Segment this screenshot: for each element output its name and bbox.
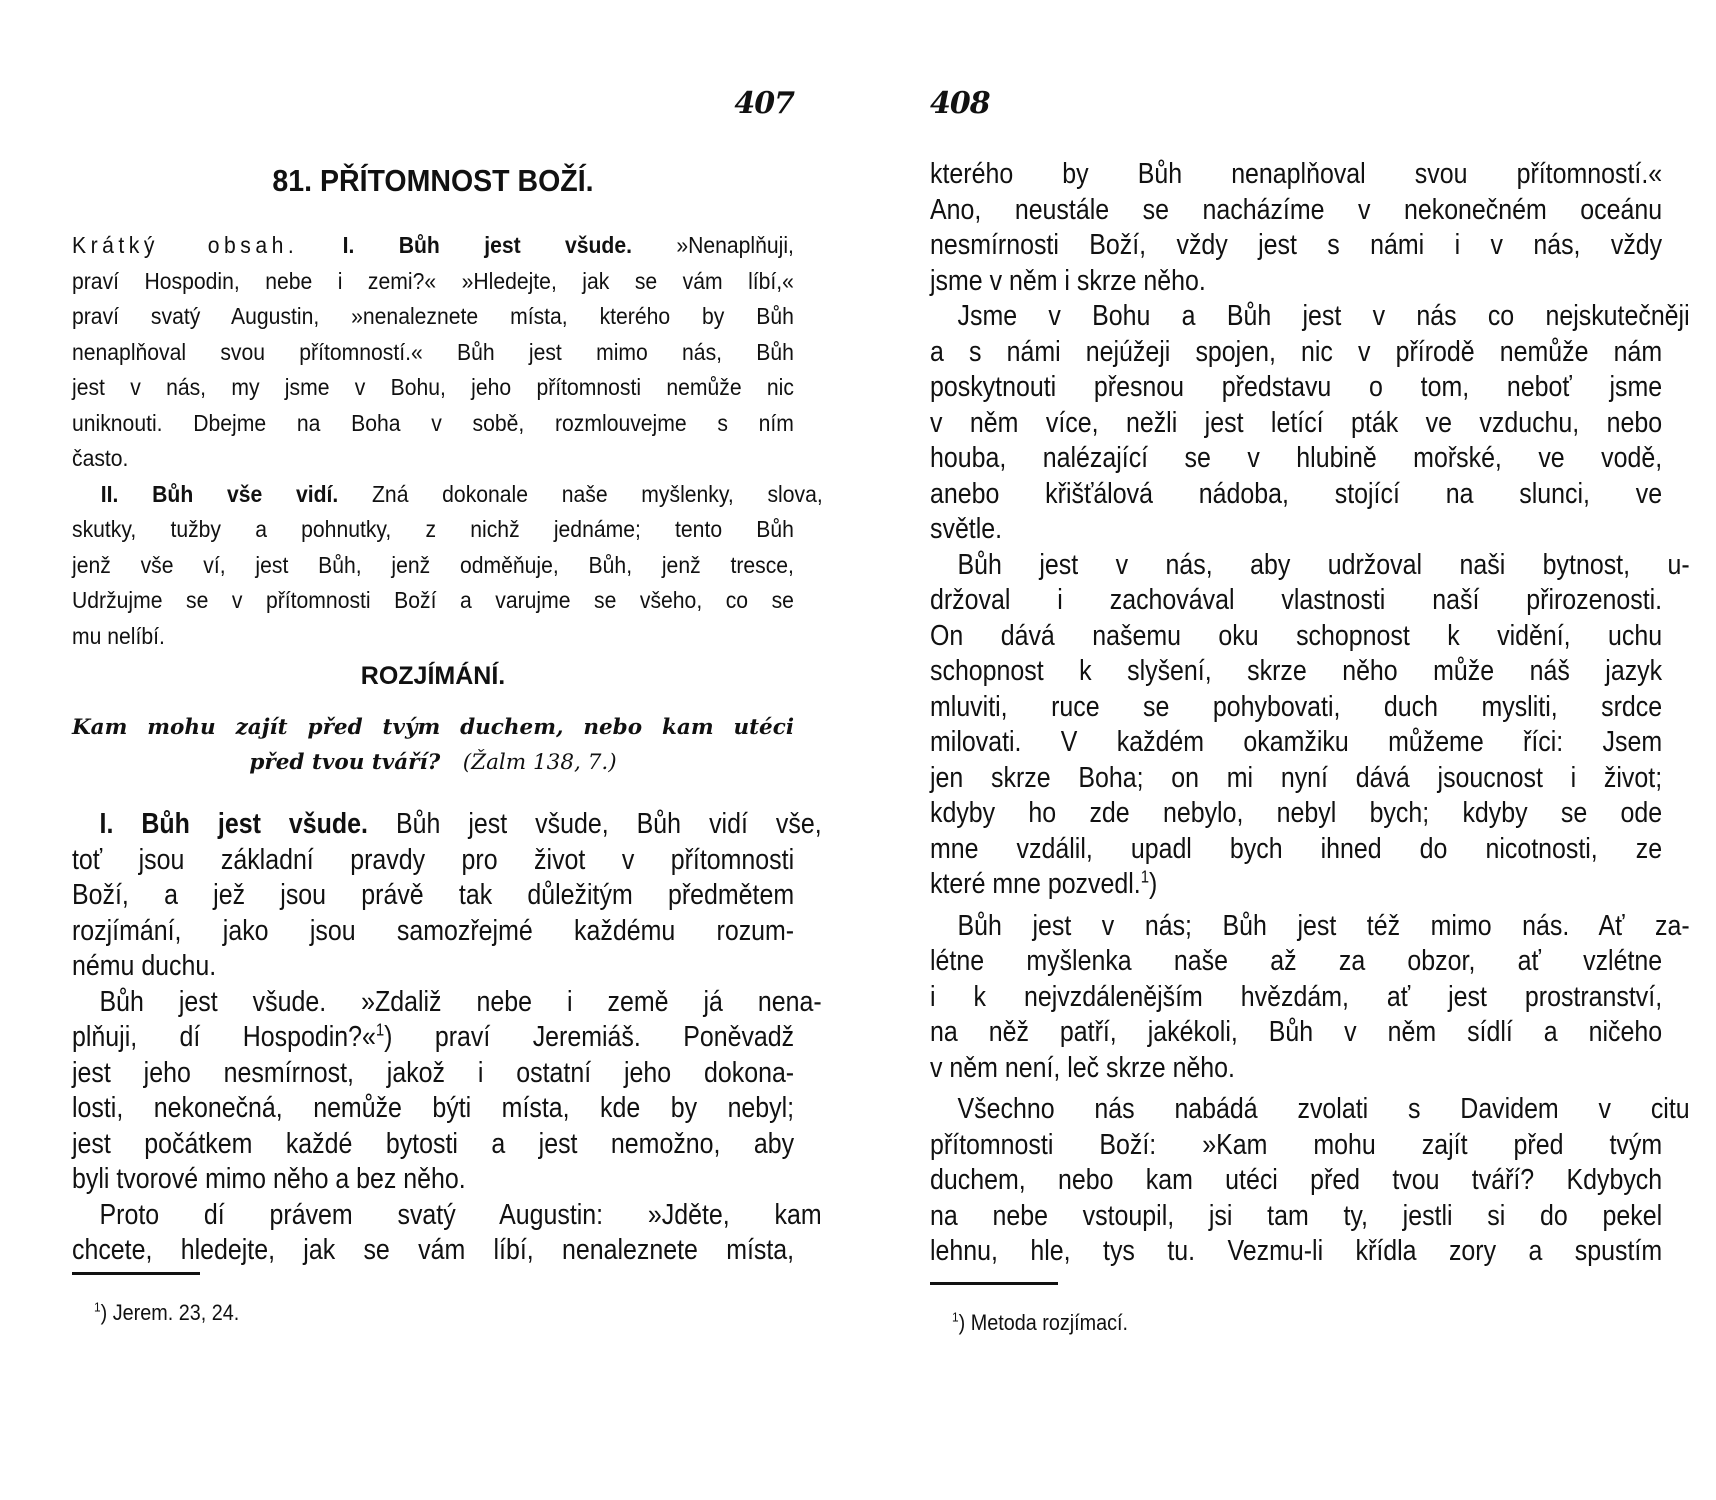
summary-line: praví Hospodin, nebe i zemi?« »Hledejte,… bbox=[72, 264, 794, 300]
page-number: 407 bbox=[734, 86, 794, 121]
footnote-text: ) Jerem. 23, 24. bbox=[101, 1300, 240, 1325]
summary-line: skutky, tužby a pohnutky, z nichž jednám… bbox=[72, 512, 794, 548]
text-line: Bůh jest v nás, aby udržoval naši bytnos… bbox=[930, 548, 1690, 584]
text-line: držoval i zachovával vlastnosti naší při… bbox=[930, 583, 1662, 619]
text-line: světle. bbox=[930, 512, 1662, 548]
summary-line: Udržujme se v přítomnosti Boží a varujme… bbox=[72, 583, 794, 619]
chapter-title: 81. PŘÍTOMNOST BOŽÍ. bbox=[101, 163, 765, 199]
footnote-ref[interactable]: 1 bbox=[376, 1019, 384, 1039]
text-line: kterého by Bůh nenaplňoval svou přítomno… bbox=[930, 157, 1662, 193]
text-line: Jsme v Bohu a Bůh jest v nás co nejskute… bbox=[930, 299, 1690, 335]
text-line: na nebe vstoupil, jsi tam ty, jestli si … bbox=[930, 1199, 1662, 1235]
section-heading: ROZJÍMÁNÍ. bbox=[72, 662, 794, 691]
text-line: rozjímání, jako jsou samozřejmé každému … bbox=[72, 914, 794, 950]
text-line: losti, nekonečná, nemůže býti místa, kde… bbox=[72, 1091, 794, 1127]
summary-part1-heading: I. Bůh jest všude. bbox=[343, 232, 632, 258]
summary-line: jest v nás, my jsme v Bohu, jeho přítomn… bbox=[72, 370, 794, 406]
text-line: I. Bůh jest všude. Bůh jest všude, Bůh v… bbox=[72, 807, 822, 843]
summary-label: Krátký obsah. bbox=[72, 232, 298, 258]
text: které mne pozvedl. bbox=[930, 868, 1141, 900]
text: Bůh jest všude, Bůh vidí vše, bbox=[396, 808, 822, 840]
summary-text: »Nenaplňuji, bbox=[676, 232, 794, 258]
text-line: chcete, hledejte, jak se vám líbí, nenal… bbox=[72, 1233, 794, 1269]
main-section-heading: I. Bůh jest všude. bbox=[100, 808, 368, 840]
summary-line: často. bbox=[72, 441, 794, 477]
text-line: v něm není, leč skrze něho. bbox=[930, 1051, 1662, 1087]
summary-line: nenaplňoval svou přítomností.« Bůh jest … bbox=[72, 335, 794, 371]
text: ) praví Jeremiáš. Poněvadž bbox=[384, 1021, 794, 1053]
footnote-divider bbox=[72, 1272, 200, 1275]
footnote-ref[interactable]: 1 bbox=[1141, 866, 1149, 886]
text-line: jsme v něm i skrze něho. bbox=[930, 264, 1662, 300]
main-text-right: kterého by Bůh nenaplňoval svou přítomno… bbox=[930, 157, 1662, 1270]
summary-line: II. Bůh vše vidí. Zná dokonale naše myšl… bbox=[72, 477, 823, 513]
summary-line: jenž vše ví, jest Bůh, jenž odměňuje, Bů… bbox=[72, 548, 794, 584]
text-line: Ano, neustále se nacházíme v nekonečném … bbox=[930, 193, 1662, 229]
text-line: v něm více, nežli jest letící pták ve vz… bbox=[930, 406, 1662, 442]
main-text-left: I. Bůh jest všude. Bůh jest všude, Bůh v… bbox=[72, 807, 794, 1269]
text-line: jest počátkem každé bytosti a jest nemož… bbox=[72, 1127, 794, 1163]
footnote-divider bbox=[930, 1282, 1058, 1285]
footnote: 1) Metoda rozjímací. bbox=[952, 1310, 1128, 1336]
text-line: Bůh jest všude. »Zdaliž nebe i země já n… bbox=[72, 985, 822, 1021]
motto-quote: Kam mohu zajít před tvým duchem, nebo ka… bbox=[72, 710, 794, 780]
text-line: Proto dí právem svatý Augustin: »Jděte, … bbox=[72, 1198, 822, 1234]
summary-line: praví svatý Augustin, »nenaleznete místa… bbox=[72, 299, 794, 335]
text-line: toť jsou základní pravdy pro život v pří… bbox=[72, 843, 794, 879]
text-line: jen skrze Boha; on mi nyní dává jsoucnos… bbox=[930, 761, 1662, 797]
text-line: jest jeho nesmírnost, jakož i ostatní je… bbox=[72, 1056, 794, 1092]
text-line: kdyby ho zde nebylo, nebyl bych; kdyby s… bbox=[930, 796, 1662, 832]
text: ) bbox=[1149, 868, 1157, 900]
text-line: plňuji, dí Hospodin?«1) praví Jeremiáš. … bbox=[72, 1020, 794, 1056]
summary-line: uniknouti. Dbejme na Boha v sobě, rozmlo… bbox=[72, 406, 794, 442]
footnote: 1) Jerem. 23, 24. bbox=[94, 1300, 239, 1326]
text-line: mne vzdálil, upadl bych ihned do nicotno… bbox=[930, 832, 1662, 868]
text-line: které mne pozvedl.1) bbox=[930, 867, 1662, 903]
motto-line: před tvou tváří? (Žalm 138, 7.) bbox=[72, 745, 794, 780]
text-line: schopnost k slyšení, skrze něho může náš… bbox=[930, 654, 1662, 690]
motto-citation: (Žalm 138, 7.) bbox=[463, 750, 617, 775]
text-line: byli tvorové mimo něho a bez něho. bbox=[72, 1162, 794, 1198]
summary-block: Krátký obsah. I. Bůh jest všude. »Nenapl… bbox=[72, 228, 794, 654]
text-line: houba, nalézající se v hlubině mořské, v… bbox=[930, 441, 1662, 477]
motto-text: před tvou tváří? bbox=[249, 750, 440, 775]
text-line: On dává našemu oku schopnost k vidění, u… bbox=[930, 619, 1662, 655]
summary-line: mu nelíbí. bbox=[72, 619, 794, 655]
summary-part2-heading: II. Bůh vše vidí. bbox=[101, 481, 338, 507]
summary-line: Krátký obsah. I. Bůh jest všude. »Nenapl… bbox=[72, 228, 794, 264]
text-line: Boží, a jež jsou právě tak důležitým pře… bbox=[72, 878, 794, 914]
text-line: mluviti, ruce se pohybovati, duch myslit… bbox=[930, 690, 1662, 726]
text-line: létne myšlenka naše až za obzor, ať vzlé… bbox=[930, 944, 1662, 980]
motto-line: Kam mohu zajít před tvým duchem, nebo ka… bbox=[72, 710, 794, 745]
text-line: Bůh jest v nás; Bůh jest též mimo nás. A… bbox=[930, 909, 1690, 945]
text-line: anebo křišťálová nádoba, stojící na slun… bbox=[930, 477, 1662, 513]
page-number: 408 bbox=[930, 86, 990, 121]
text-line: i k nejvzdálenějším hvězdám, ať jest pro… bbox=[930, 980, 1662, 1016]
text-line: nému duchu. bbox=[72, 949, 794, 985]
text-line: poskytnouti přesnou představu o tom, neb… bbox=[930, 370, 1662, 406]
text-line: na něž patří, jakékoli, Bůh v něm sídlí … bbox=[930, 1015, 1662, 1051]
summary-text: Zná dokonale naše myšlenky, slova, bbox=[372, 481, 823, 507]
text-line: lehnu, hle, tys tu. Vezmu-li křídla zory… bbox=[930, 1234, 1662, 1270]
text-line: milovati. V každém okamžiku můžeme říci:… bbox=[930, 725, 1662, 761]
text-line: duchem, nebo kam utéci před tvou tváří? … bbox=[930, 1163, 1662, 1199]
text-line: a s námi nejúžeji spojen, nic v přírodě … bbox=[930, 335, 1662, 371]
text-line: nesmírnosti Boží, vždy jest s námi i v n… bbox=[930, 228, 1662, 264]
text-line: Všechno nás nabádá zvolati s Davidem v c… bbox=[930, 1092, 1690, 1128]
footnote-text: ) Metoda rozjímací. bbox=[959, 1310, 1128, 1335]
text-line: přítomnosti Boží: »Kam mohu zajít před t… bbox=[930, 1128, 1662, 1164]
text: plňuji, dí Hospodin?« bbox=[72, 1021, 376, 1053]
